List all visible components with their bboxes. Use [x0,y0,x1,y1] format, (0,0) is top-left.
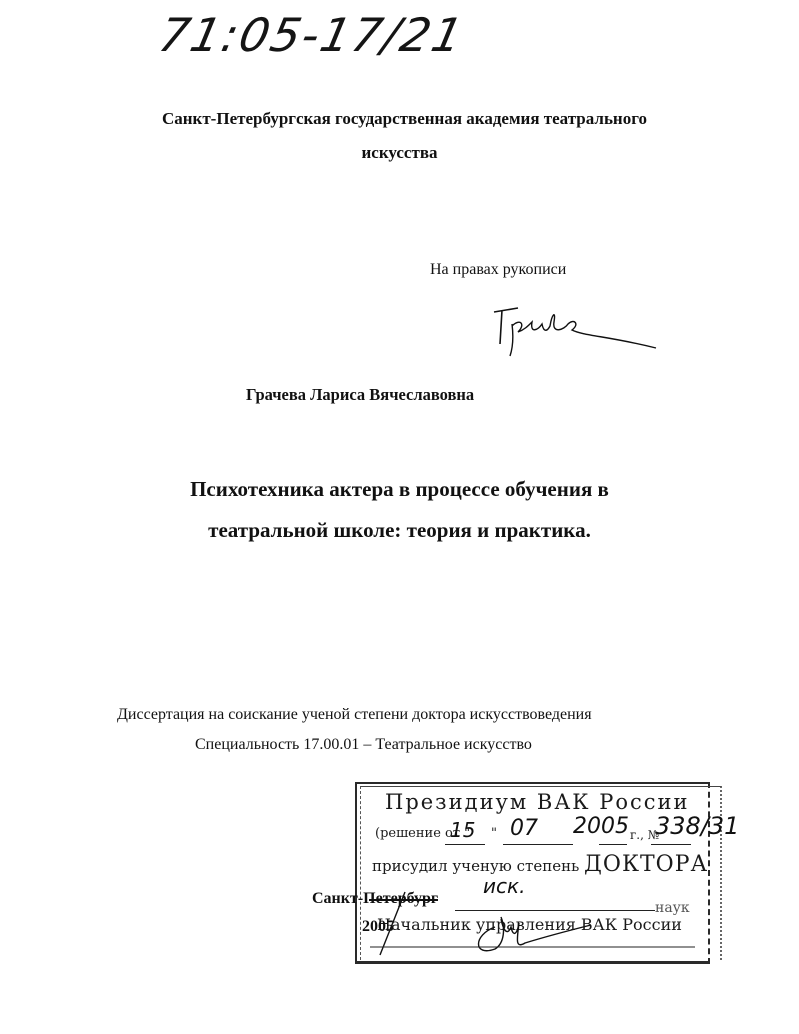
archive-code: 71:05-17/21 [154,8,469,62]
author-signature [488,300,658,360]
specialty-statement: Специальность 17.00.01 – Театральное иск… [195,736,532,754]
city-strikethrough [369,899,438,901]
author-name: Грачева Лариса Вячеславовна [246,385,474,405]
institution-name-line2: искусства [0,143,799,163]
month-underline [503,844,573,845]
day-underline [445,844,485,845]
year-underline [599,844,627,845]
stamp-decision-day: 15 [450,818,475,842]
dissertation-title-line1: Психотехника актера в процессе обучения … [0,477,799,502]
stamp-awarded-prefix: присудил ученую степень [372,857,579,875]
institution-name-line1: Санкт-Петербургская государственная акад… [5,109,799,129]
vak-approval-stamp: Президиум ВАК России (решение от " 15 " … [355,782,710,964]
stamp-decision-quote: " [491,826,497,841]
city: Санкт-Петербург [312,890,438,908]
number-underline [651,844,691,845]
stamp-awarded-degree: ДОКТОРА [584,852,708,877]
year: 2005 [362,918,394,936]
stamp-decision-month: 07 [510,816,538,841]
dissertation-title-line2: театральной школе: теория и практика. [0,518,799,543]
stamp-decision-number: 338/31 [655,812,739,840]
degree-statement: Диссертация на соискание ученой степени … [117,706,592,724]
manuscript-rights-note: На правах рукописи [430,261,566,279]
stamp-awarded-line: присудил ученую степень ДОКТОРА [372,852,708,877]
stamp-header: Президиум ВАК России [385,790,689,814]
stamp-decision-year: 2005 [573,814,629,839]
